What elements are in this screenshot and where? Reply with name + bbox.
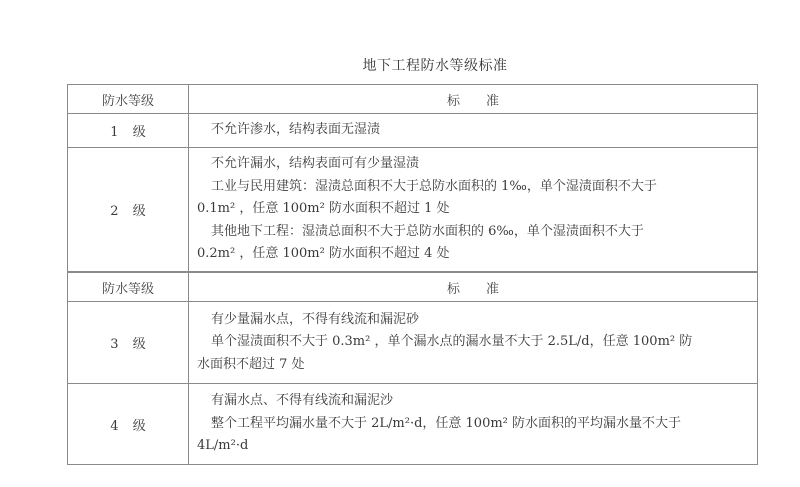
grade-cell: 2 级 [68,148,189,272]
table-row-grade-3: 3 级 有少量漏水点，不得有线流和漏泥砂 单个湿渍面积不大于 0.3m² ，单个… [68,302,758,384]
table-header-row: 防水等级 标准 [68,273,758,302]
standard-cell: 不允许漏水，结构表面可有少量湿渍 工业与民用建筑：湿渍总面积不大于总防水面积的 … [189,148,758,272]
standard-cell: 有少量漏水点，不得有线流和漏泥砂 单个湿渍面积不大于 0.3m² ，单个漏水点的… [189,302,758,384]
standard-cell: 不允许渗水，结构表面无湿渍 [189,114,758,148]
standard-line: 不允许渗水，结构表面无湿渍 [197,119,749,142]
standard-line: 0.1m² ，任意 100m² 防水面积不超过 1 处 [197,198,749,221]
waterproof-standard-table-2: 防水等级 标准 3 级 有少量漏水点，不得有线流和漏泥砂 单个湿渍面积不大于 0… [67,272,758,465]
standard-line: 水面积不超过 7 处 [197,354,749,377]
header-grade: 防水等级 [68,273,189,302]
standard-line: 0.2m² ，任意 100m² 防水面积不超过 4 处 [197,243,749,266]
table-row-grade-1: 1 级 不允许渗水，结构表面无湿渍 [68,114,758,148]
standard-line: 有漏水点、不得有线流和漏泥沙 [197,390,749,413]
grade-label: 4 级 [110,419,145,434]
standard-line: 其他地下工程：湿渍总面积不大于总防水面积的 6‰，单个湿渍面积不大于 [197,221,749,244]
standard-line: 单个湿渍面积不大于 0.3m² ，单个漏水点的漏水量不大于 2.5L/d，任意 … [197,331,749,354]
grade-cell: 1 级 [68,114,189,148]
table-header-row: 防水等级 标准 [68,85,758,114]
grade-cell: 3 级 [68,302,189,384]
header-standard: 标准 [189,273,758,302]
table-title: 地下工程防水等级标准 [0,55,800,75]
grade-label: 1 级 [110,125,145,140]
header-standard: 标准 [189,85,758,114]
standard-cell: 有漏水点、不得有线流和漏泥沙 整个工程平均漏水量不大于 2L/m²·d，任意 1… [189,384,758,465]
grade-label: 2 级 [110,204,145,219]
standard-line: 不允许漏水，结构表面可有少量湿渍 [197,153,749,176]
standard-line: 整个工程平均漏水量不大于 2L/m²·d，任意 100m² 防水面积的平均漏水量… [197,413,749,436]
standard-line: 有少量漏水点，不得有线流和漏泥砂 [197,309,749,332]
header-grade: 防水等级 [68,85,189,114]
waterproof-standard-table-1: 防水等级 标准 1 级 不允许渗水，结构表面无湿渍 2 级 不允许漏水，结构表面… [67,84,758,272]
standard-line: 4L/m²·d [197,435,749,458]
table-row-grade-4: 4 级 有漏水点、不得有线流和漏泥沙 整个工程平均漏水量不大于 2L/m²·d，… [68,384,758,465]
standard-line: 工业与民用建筑：湿渍总面积不大于总防水面积的 1‰，单个湿渍面积不大于 [197,176,749,199]
grade-cell: 4 级 [68,384,189,465]
grade-label: 3 级 [110,337,145,352]
table-row-grade-2: 2 级 不允许漏水，结构表面可有少量湿渍 工业与民用建筑：湿渍总面积不大于总防水… [68,148,758,272]
